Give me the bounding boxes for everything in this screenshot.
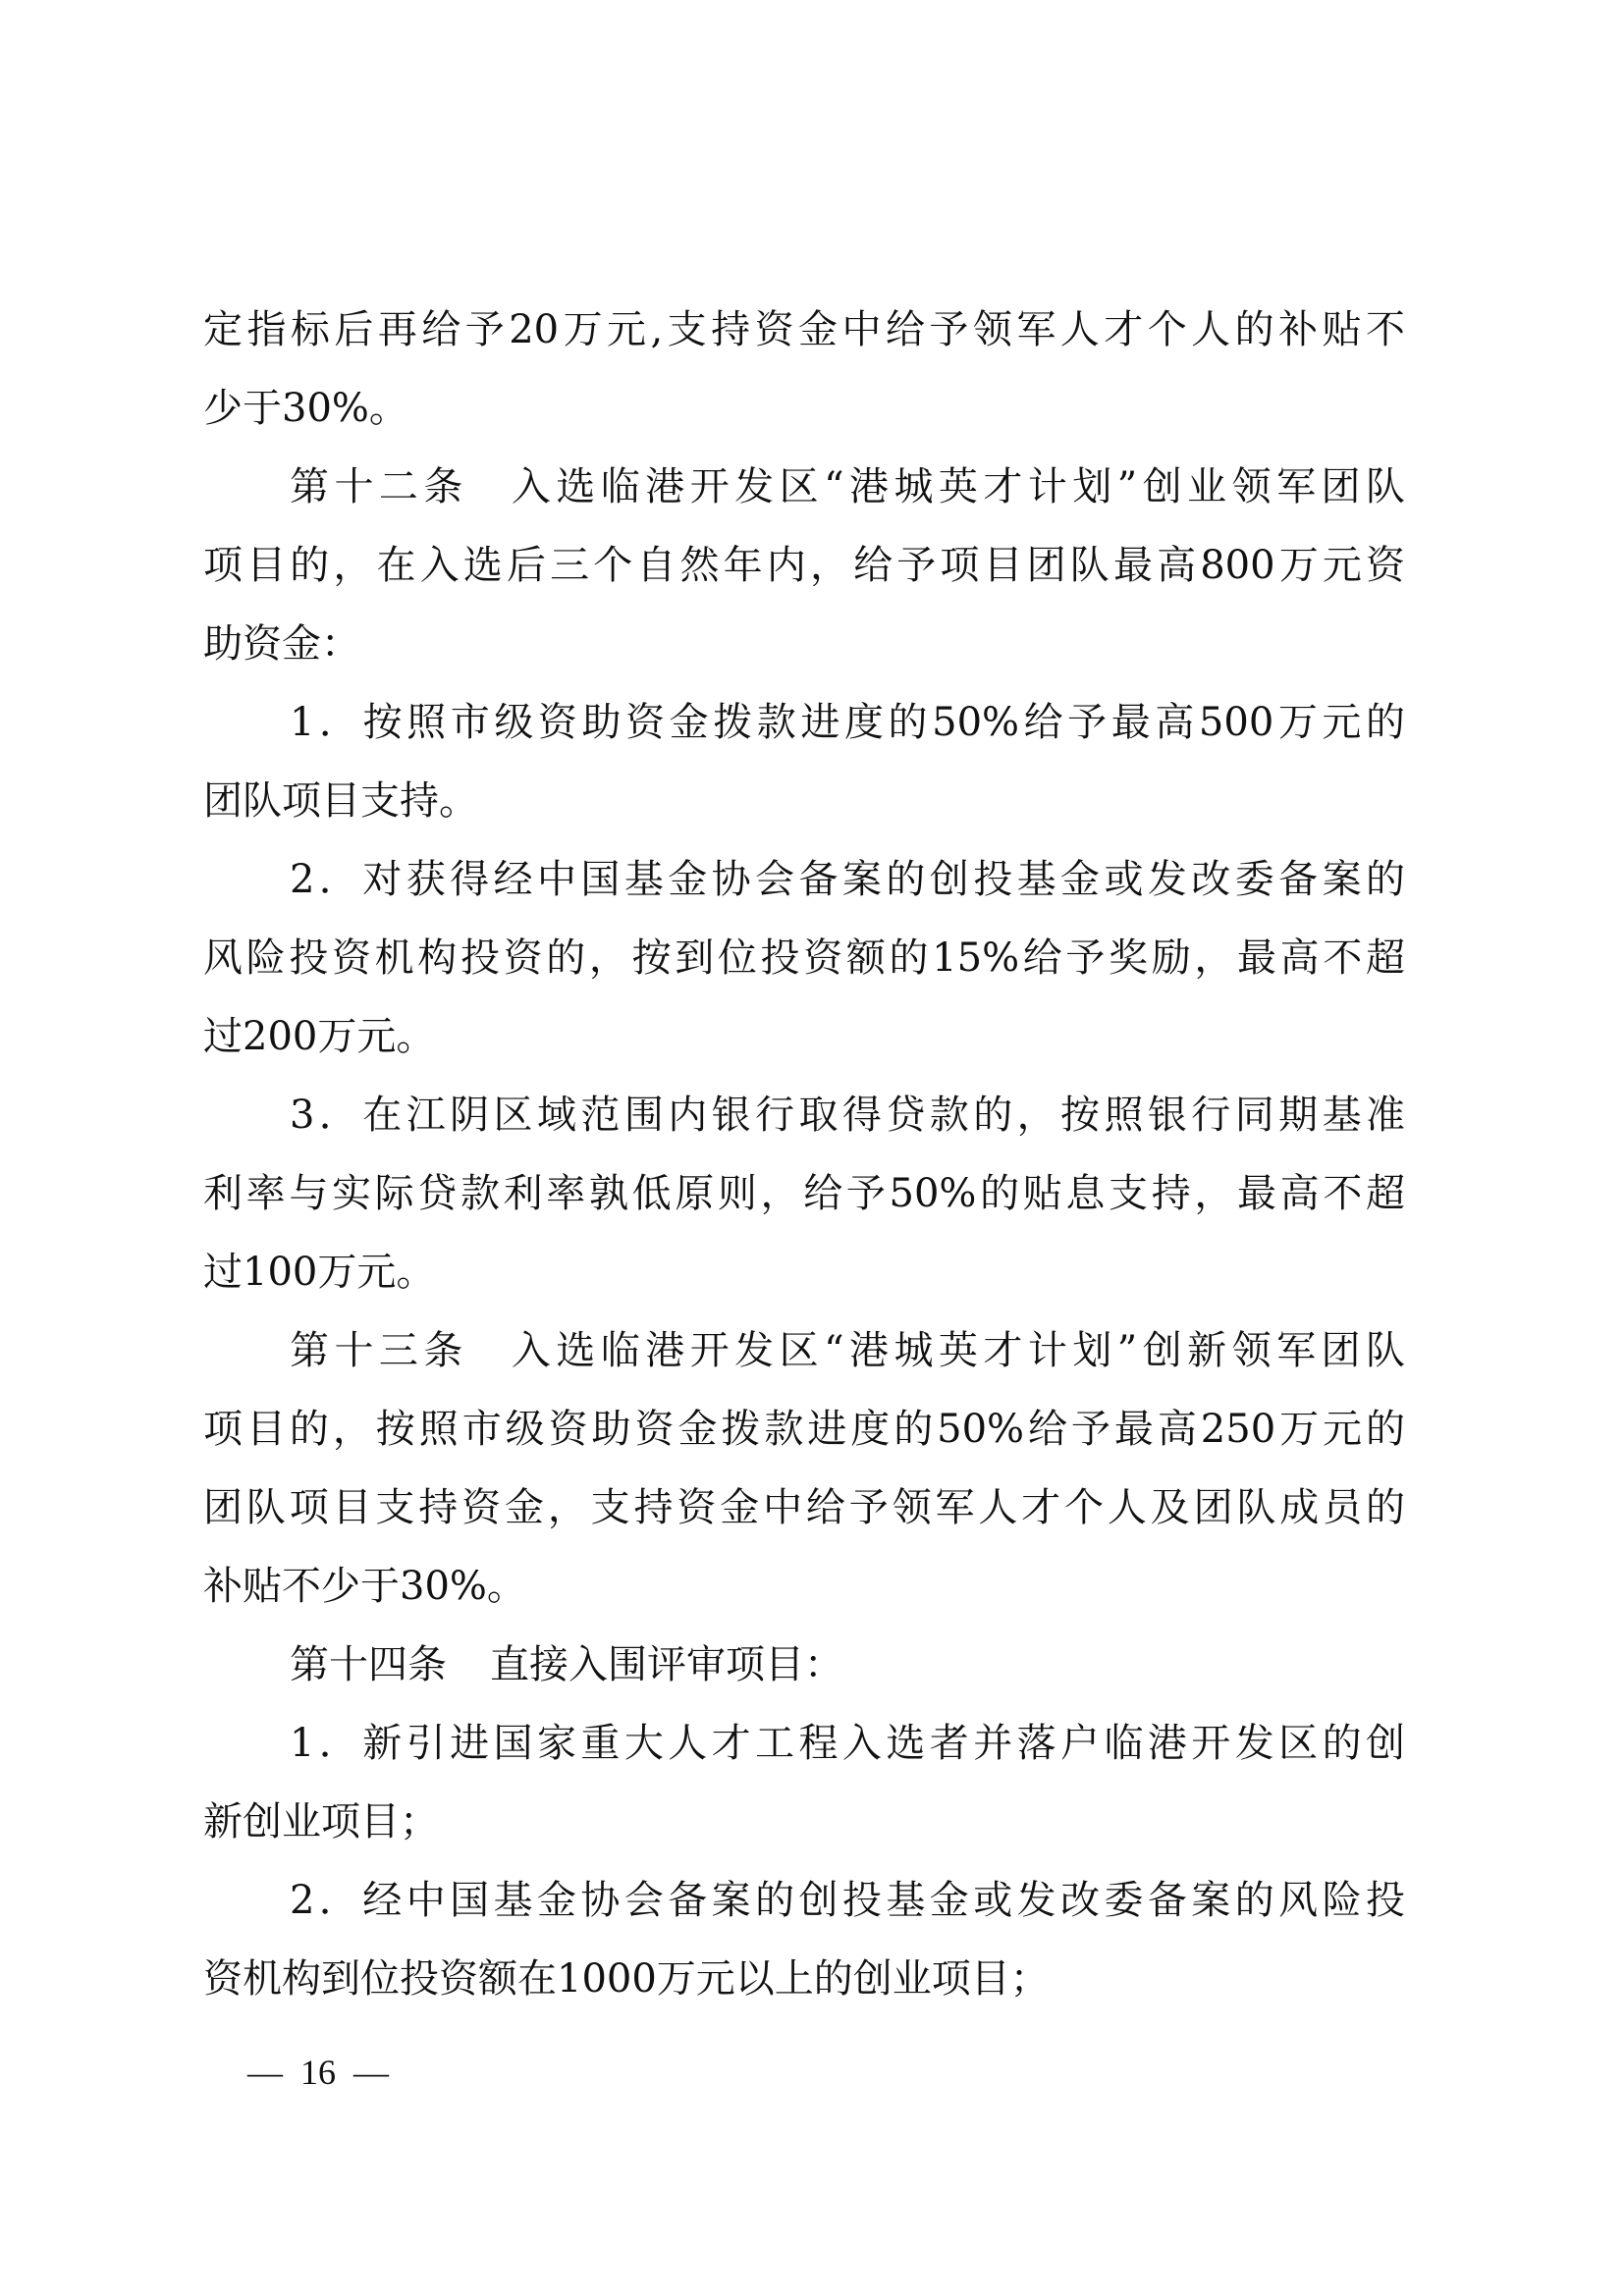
list-item-line: 团队项目支持。 xyxy=(203,762,1405,840)
list-item-line: 新创业项目； xyxy=(203,1783,1405,1861)
article-12-heading-line: 第十二条入选临港开发区“港城英才计划”创业领军团队 xyxy=(203,448,1405,526)
paragraph-line: 入选临港开发区“港城英才计划”创新领军团队 xyxy=(512,1328,1405,1373)
list-item-line: 2．经中国基金协会备案的创投基金或发改委备案的风险投 xyxy=(203,1861,1405,1940)
paragraph-line: 项目的，在入选后三个自然年内，给予项目团队最高800万元资 xyxy=(203,526,1405,605)
list-item-line: 1．新引进国家重大人才工程入选者并落户临港开发区的创 xyxy=(203,1704,1405,1783)
document-page: 定指标后再给予20万元,支持资金中给予领军人才个人的补贴不 少于30%。 第十二… xyxy=(0,0,1624,2296)
article-13-heading-line: 第十三条入选临港开发区“港城英才计划”创新领军团队 xyxy=(203,1311,1405,1390)
article-number: 第十二条 xyxy=(290,464,468,509)
paragraph-line: 助资金： xyxy=(203,605,1405,683)
paragraph-line: 定指标后再给予20万元,支持资金中给予领军人才个人的补贴不 xyxy=(203,291,1405,369)
article-number: 第十三条 xyxy=(290,1328,468,1373)
list-item-line: 3．在江阴区域范围内银行取得贷款的，按照银行同期基准 xyxy=(203,1076,1405,1154)
page-number: — 16 — xyxy=(247,2048,389,2097)
list-item-line: 1．按照市级资助资金拨款进度的50%给予最高500万元的 xyxy=(203,683,1405,762)
article-number: 第十四条 xyxy=(290,1642,447,1687)
body-text: 定指标后再给予20万元,支持资金中给予领军人才个人的补贴不 少于30%。 第十二… xyxy=(203,291,1405,2018)
list-item-line: 资机构到位投资额在1000万元以上的创业项目； xyxy=(203,1940,1405,2018)
list-item-line: 过200万元。 xyxy=(203,997,1405,1076)
paragraph-line: 入选临港开发区“港城英才计划”创业领军团队 xyxy=(512,464,1405,509)
list-item-line: 2．对获得经中国基金协会备案的创投基金或发改委备案的 xyxy=(203,840,1405,919)
paragraph-line: 团队项目支持资金，支持资金中给予领军人才个人及团队成员的 xyxy=(203,1468,1405,1547)
list-item-line: 利率与实际贷款利率孰低原则，给予50%的贴息支持，最高不超 xyxy=(203,1154,1405,1233)
article-14-heading-line: 第十四条直接入围评审项目： xyxy=(203,1626,1405,1704)
paragraph-line: 直接入围评审项目： xyxy=(490,1642,843,1687)
paragraph-line: 少于30%。 xyxy=(203,369,1405,448)
paragraph-line: 补贴不少于30%。 xyxy=(203,1547,1405,1626)
list-item-line: 风险投资机构投资的，按到位投资额的15%给予奖励，最高不超 xyxy=(203,919,1405,997)
list-item-line: 过100万元。 xyxy=(203,1233,1405,1311)
paragraph-line: 项目的，按照市级资助资金拨款进度的50%给予最高250万元的 xyxy=(203,1390,1405,1468)
